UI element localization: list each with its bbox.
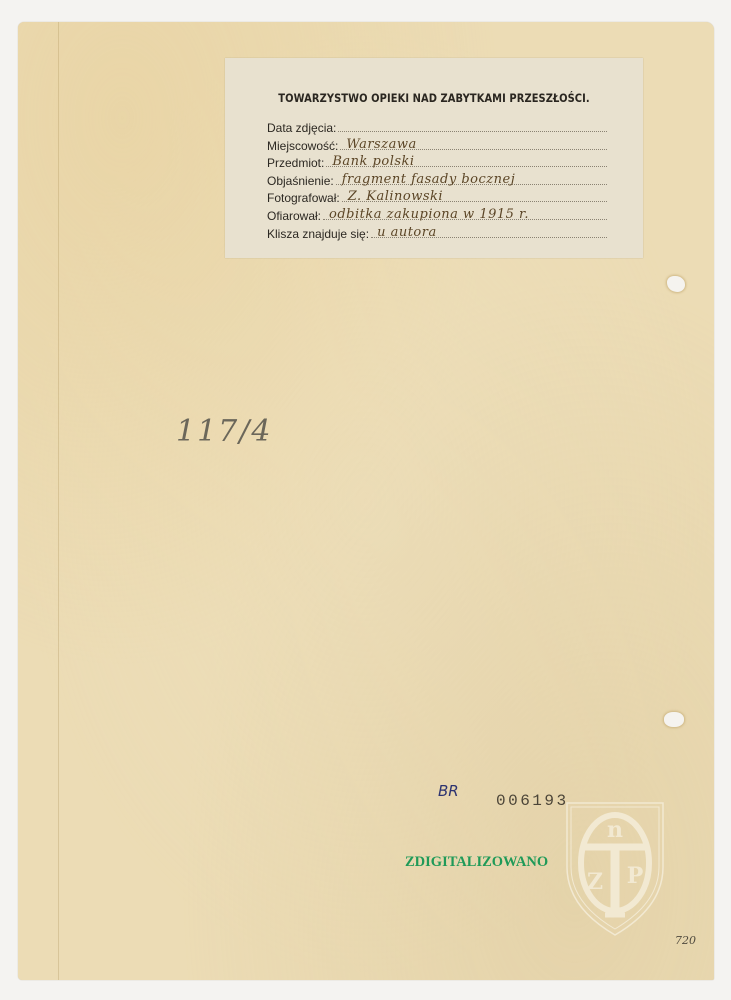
serial-number-stamp: 006193	[496, 792, 569, 810]
info-label-card: TOWARZYSTWO OPIEKI NAD ZABYTKAMI PRZESZŁ…	[225, 58, 643, 258]
field-value: odbitka zakupiona w 1915 r.	[329, 207, 529, 222]
field-label: Przedmiot:	[267, 156, 324, 170]
field-label: Objaśnienie:	[267, 174, 334, 188]
field-value: u autora	[377, 225, 437, 240]
fold-line	[58, 22, 59, 980]
field-dotted-line: u autora	[371, 228, 607, 238]
digitized-stamp: ZDIGITALIZOWANO	[405, 854, 548, 871]
field-value: Z. Kalinowski	[348, 189, 443, 204]
field-dotted-line: Z. Kalinowski	[342, 192, 607, 202]
punch-hole-top	[667, 276, 685, 292]
field-label: Fotografował:	[267, 191, 340, 205]
emblem-watermark-icon: n Z P	[561, 797, 669, 940]
field-date: Data zdjęcia:	[267, 121, 607, 139]
field-dotted-line: Warszawa	[340, 140, 607, 150]
card-title: TOWARZYSTWO OPIEKI NAD ZABYTKAMI PRZESZŁ…	[254, 91, 613, 105]
svg-text:Z: Z	[587, 869, 603, 895]
field-location: Miejscowość: Warszawa	[267, 139, 607, 157]
br-mark: BR	[438, 782, 459, 800]
field-negative-location: Klisza znajduje się: u autora	[267, 227, 607, 245]
field-label: Data zdjęcia:	[267, 121, 336, 135]
card-fields: Data zdjęcia: Miejscowość: Warszawa Prze…	[267, 121, 607, 244]
punch-hole-bottom	[664, 712, 684, 727]
bottom-pencil-note: 720	[675, 934, 696, 947]
svg-text:n: n	[607, 817, 623, 843]
field-value: Bank polski	[332, 154, 414, 169]
pencil-catalog-number: 117/4	[176, 414, 272, 449]
field-donor: Ofiarował: odbitka zakupiona w 1915 r.	[267, 209, 607, 227]
field-value: Warszawa	[346, 137, 416, 152]
field-label: Ofiarował:	[267, 209, 321, 223]
field-dotted-line: Bank polski	[326, 157, 607, 167]
field-dotted-line: odbitka zakupiona w 1915 r.	[323, 210, 607, 220]
field-dotted-line: fragment fasady bocznej	[336, 175, 607, 185]
field-value: fragment fasady bocznej	[342, 172, 516, 187]
field-label: Klisza znajduje się:	[267, 227, 369, 241]
svg-text:P: P	[627, 863, 644, 889]
field-dotted-line	[338, 122, 607, 132]
document-page: TOWARZYSTWO OPIEKI NAD ZABYTKAMI PRZESZŁ…	[18, 22, 714, 980]
field-label: Miejscowość:	[267, 139, 338, 153]
